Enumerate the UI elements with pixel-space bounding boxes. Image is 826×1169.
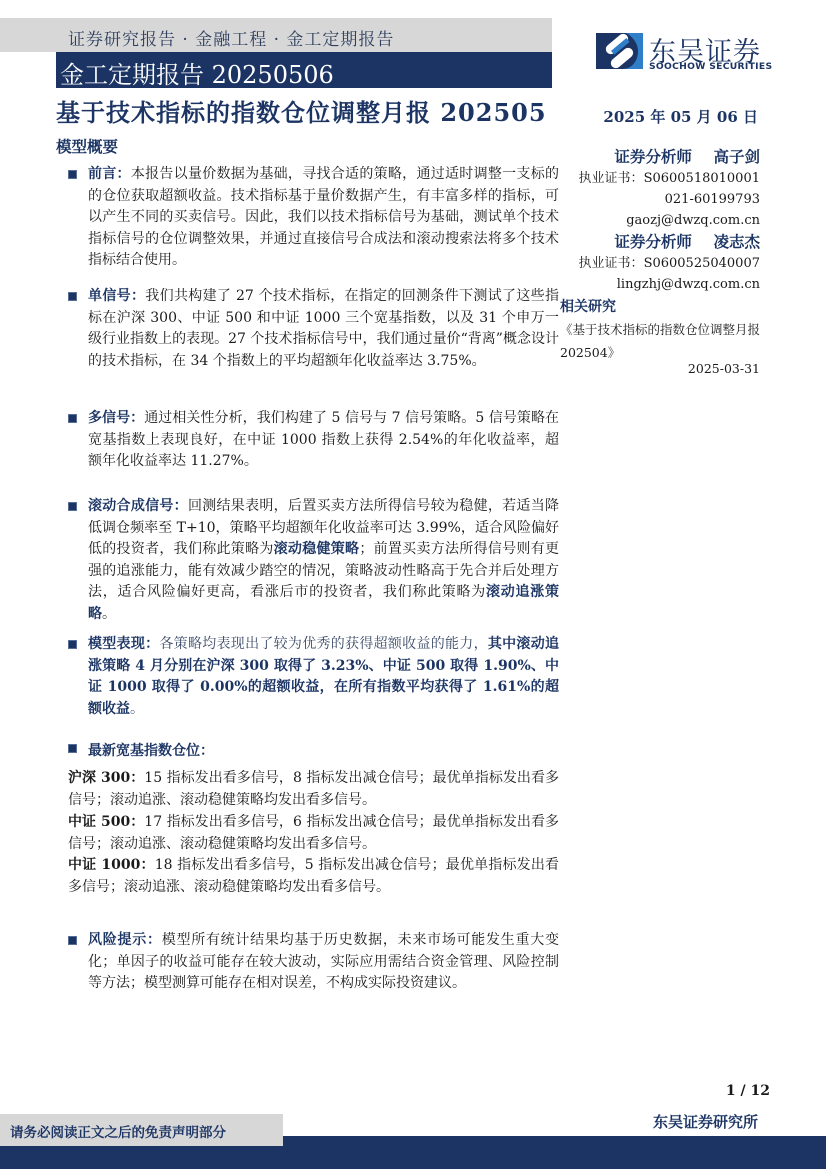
related-research-date: 2025-03-31: [560, 361, 760, 376]
paragraph-text: 。: [102, 606, 116, 622]
position-item-zz500: 中证 500：17 指标发出看多信号，6 指标发出减仓信号；最优单指标发出看多信…: [68, 812, 559, 855]
page-title: 基于技术指标的指数仓位调整月报 202505: [56, 93, 547, 128]
bullet-square-icon: [68, 292, 77, 301]
bullet-square-icon: [68, 502, 77, 511]
paragraph-label: 模型表现：: [88, 636, 159, 652]
header-series-band: 金工定期报告 20250506: [56, 52, 552, 88]
paragraph-text: 本报告以量价数据为基础，寻找合适的策略，通过适时调整一支标的的仓位获取超额收益。…: [88, 166, 559, 268]
paragraph-label: 多信号：: [88, 410, 144, 426]
cert-number: S0600518010001: [644, 171, 760, 186]
paragraph-text: 各策略均表现出了较为优秀的获得超额收益的能力，: [159, 636, 487, 652]
page-number: 1 / 12: [726, 1083, 770, 1099]
paragraph-label: 风险提示：: [88, 932, 162, 948]
positions-label: 最新宽基指数仓位：: [88, 743, 214, 759]
paragraph-label: 前言：: [88, 166, 131, 182]
related-research-link[interactable]: 《基于技术指标的指数仓位调整月报 202504》: [560, 318, 760, 364]
latest-positions-heading: 最新宽基指数仓位：: [88, 740, 214, 760]
single-signal-paragraph: 单信号：我们共构建了 27 个技术指标，在指定的回测条件下测试了这些指标在沪深 …: [88, 286, 559, 372]
breadcrumb: 证券研究报告 · 金融工程 · 金工定期报告: [68, 25, 394, 50]
soochow-logo-icon: [596, 33, 643, 69]
analyst-cert: 执业证书：S0600518010001: [560, 168, 760, 189]
rolling-signal-paragraph: 滚动合成信号：回测结果表明，后置买卖方法所得信号较为稳健，若适当降低调仓频率至 …: [88, 496, 559, 625]
footer-disclaimer-band: 请务必阅读正文之后的免责声明部分: [0, 1114, 283, 1146]
cert-label: 执业证书：: [579, 256, 644, 271]
bullet-square-icon: [68, 640, 77, 649]
paragraph-label: 单信号：: [88, 288, 145, 304]
paragraph-text: 通过相关性分析，我们构建了 5 信号与 7 信号策略。5 信号策略在宽基指数上表…: [88, 410, 559, 469]
index-name: 沪深 300：: [68, 770, 144, 786]
analyst-heading: 证券分析师 凌志杰: [560, 231, 760, 253]
analyst-heading: 证券分析师 高子剑: [560, 146, 760, 168]
strategy-name-robust: 滚动稳健策略: [274, 541, 360, 557]
related-research-heading: 相关研究: [560, 296, 616, 316]
analyst-role: 证券分析师: [614, 147, 692, 166]
analyst-phone: 021-60199793: [560, 189, 760, 210]
company-logo: 东吴证券 SOOCHOW SECURITIES: [596, 33, 771, 73]
analyst-panel: 证券分析师 高子剑 执业证书：S0600518010001 021-601997…: [560, 146, 760, 295]
analyst-email[interactable]: gaozj@dwzq.com.cn: [560, 210, 760, 231]
risk-warning-paragraph: 风险提示：模型所有统计结果均基于历史数据，未来市场可能发生重大变化；单因子的收益…: [88, 930, 559, 995]
analyst-email[interactable]: lingzhj@dwzq.com.cn: [560, 274, 760, 295]
analyst-name: 高子剑: [713, 147, 760, 166]
bullet-square-icon: [68, 936, 77, 945]
analyst-role: 证券分析师: [614, 232, 692, 251]
position-item-zz1000: 中证 1000：18 指标发出看多信号，5 指标发出减仓信号；最优单指标发出看多…: [68, 855, 559, 898]
cert-number: S0600525040007: [644, 256, 760, 271]
index-name: 中证 1000：: [68, 857, 155, 873]
bullet-square-icon: [68, 744, 77, 753]
paragraph-label: 滚动合成信号：: [88, 498, 188, 514]
cert-label: 执业证书：: [579, 171, 644, 186]
paragraph-text: 。: [130, 701, 144, 717]
bullet-square-icon: [68, 414, 77, 423]
report-date: 2025 年 05 月 06 日: [603, 106, 758, 127]
section-heading: 模型概要: [56, 135, 118, 157]
position-item-hs300: 沪深 300：15 指标发出看多信号，8 指标发出减仓信号；最优单指标发出看多信…: [68, 768, 559, 811]
logo-name-en: SOOCHOW SECURITIES: [649, 61, 772, 72]
footer-organization: 东吴证券研究所: [653, 1111, 758, 1132]
model-performance-paragraph: 模型表现：各策略均表现出了较为优秀的获得超额收益的能力，其中滚动追涨策略 4 月…: [88, 634, 559, 720]
paragraph-text: 我们共构建了 27 个技术指标，在指定的回测条件下测试了这些指标在沪深 300、…: [88, 288, 559, 369]
index-name: 中证 500：: [68, 814, 144, 830]
analyst-name: 凌志杰: [713, 232, 760, 251]
analyst-cert: 执业证书：S0600525040007: [560, 253, 760, 274]
bullet-square-icon: [68, 170, 77, 179]
report-series-label: 金工定期报告 20250506: [60, 55, 334, 90]
foreword-paragraph: 前言：本报告以量价数据为基础，寻找合适的策略，通过适时调整一支标的的仓位获取超额…: [88, 164, 559, 272]
multi-signal-paragraph: 多信号：通过相关性分析，我们构建了 5 信号与 7 信号策略。5 信号策略在宽基…: [88, 408, 559, 473]
disclaimer-link[interactable]: 请务必阅读正文之后的免责声明部分: [10, 1121, 226, 1141]
header-category-band: 证券研究报告 · 金融工程 · 金工定期报告: [0, 18, 552, 52]
